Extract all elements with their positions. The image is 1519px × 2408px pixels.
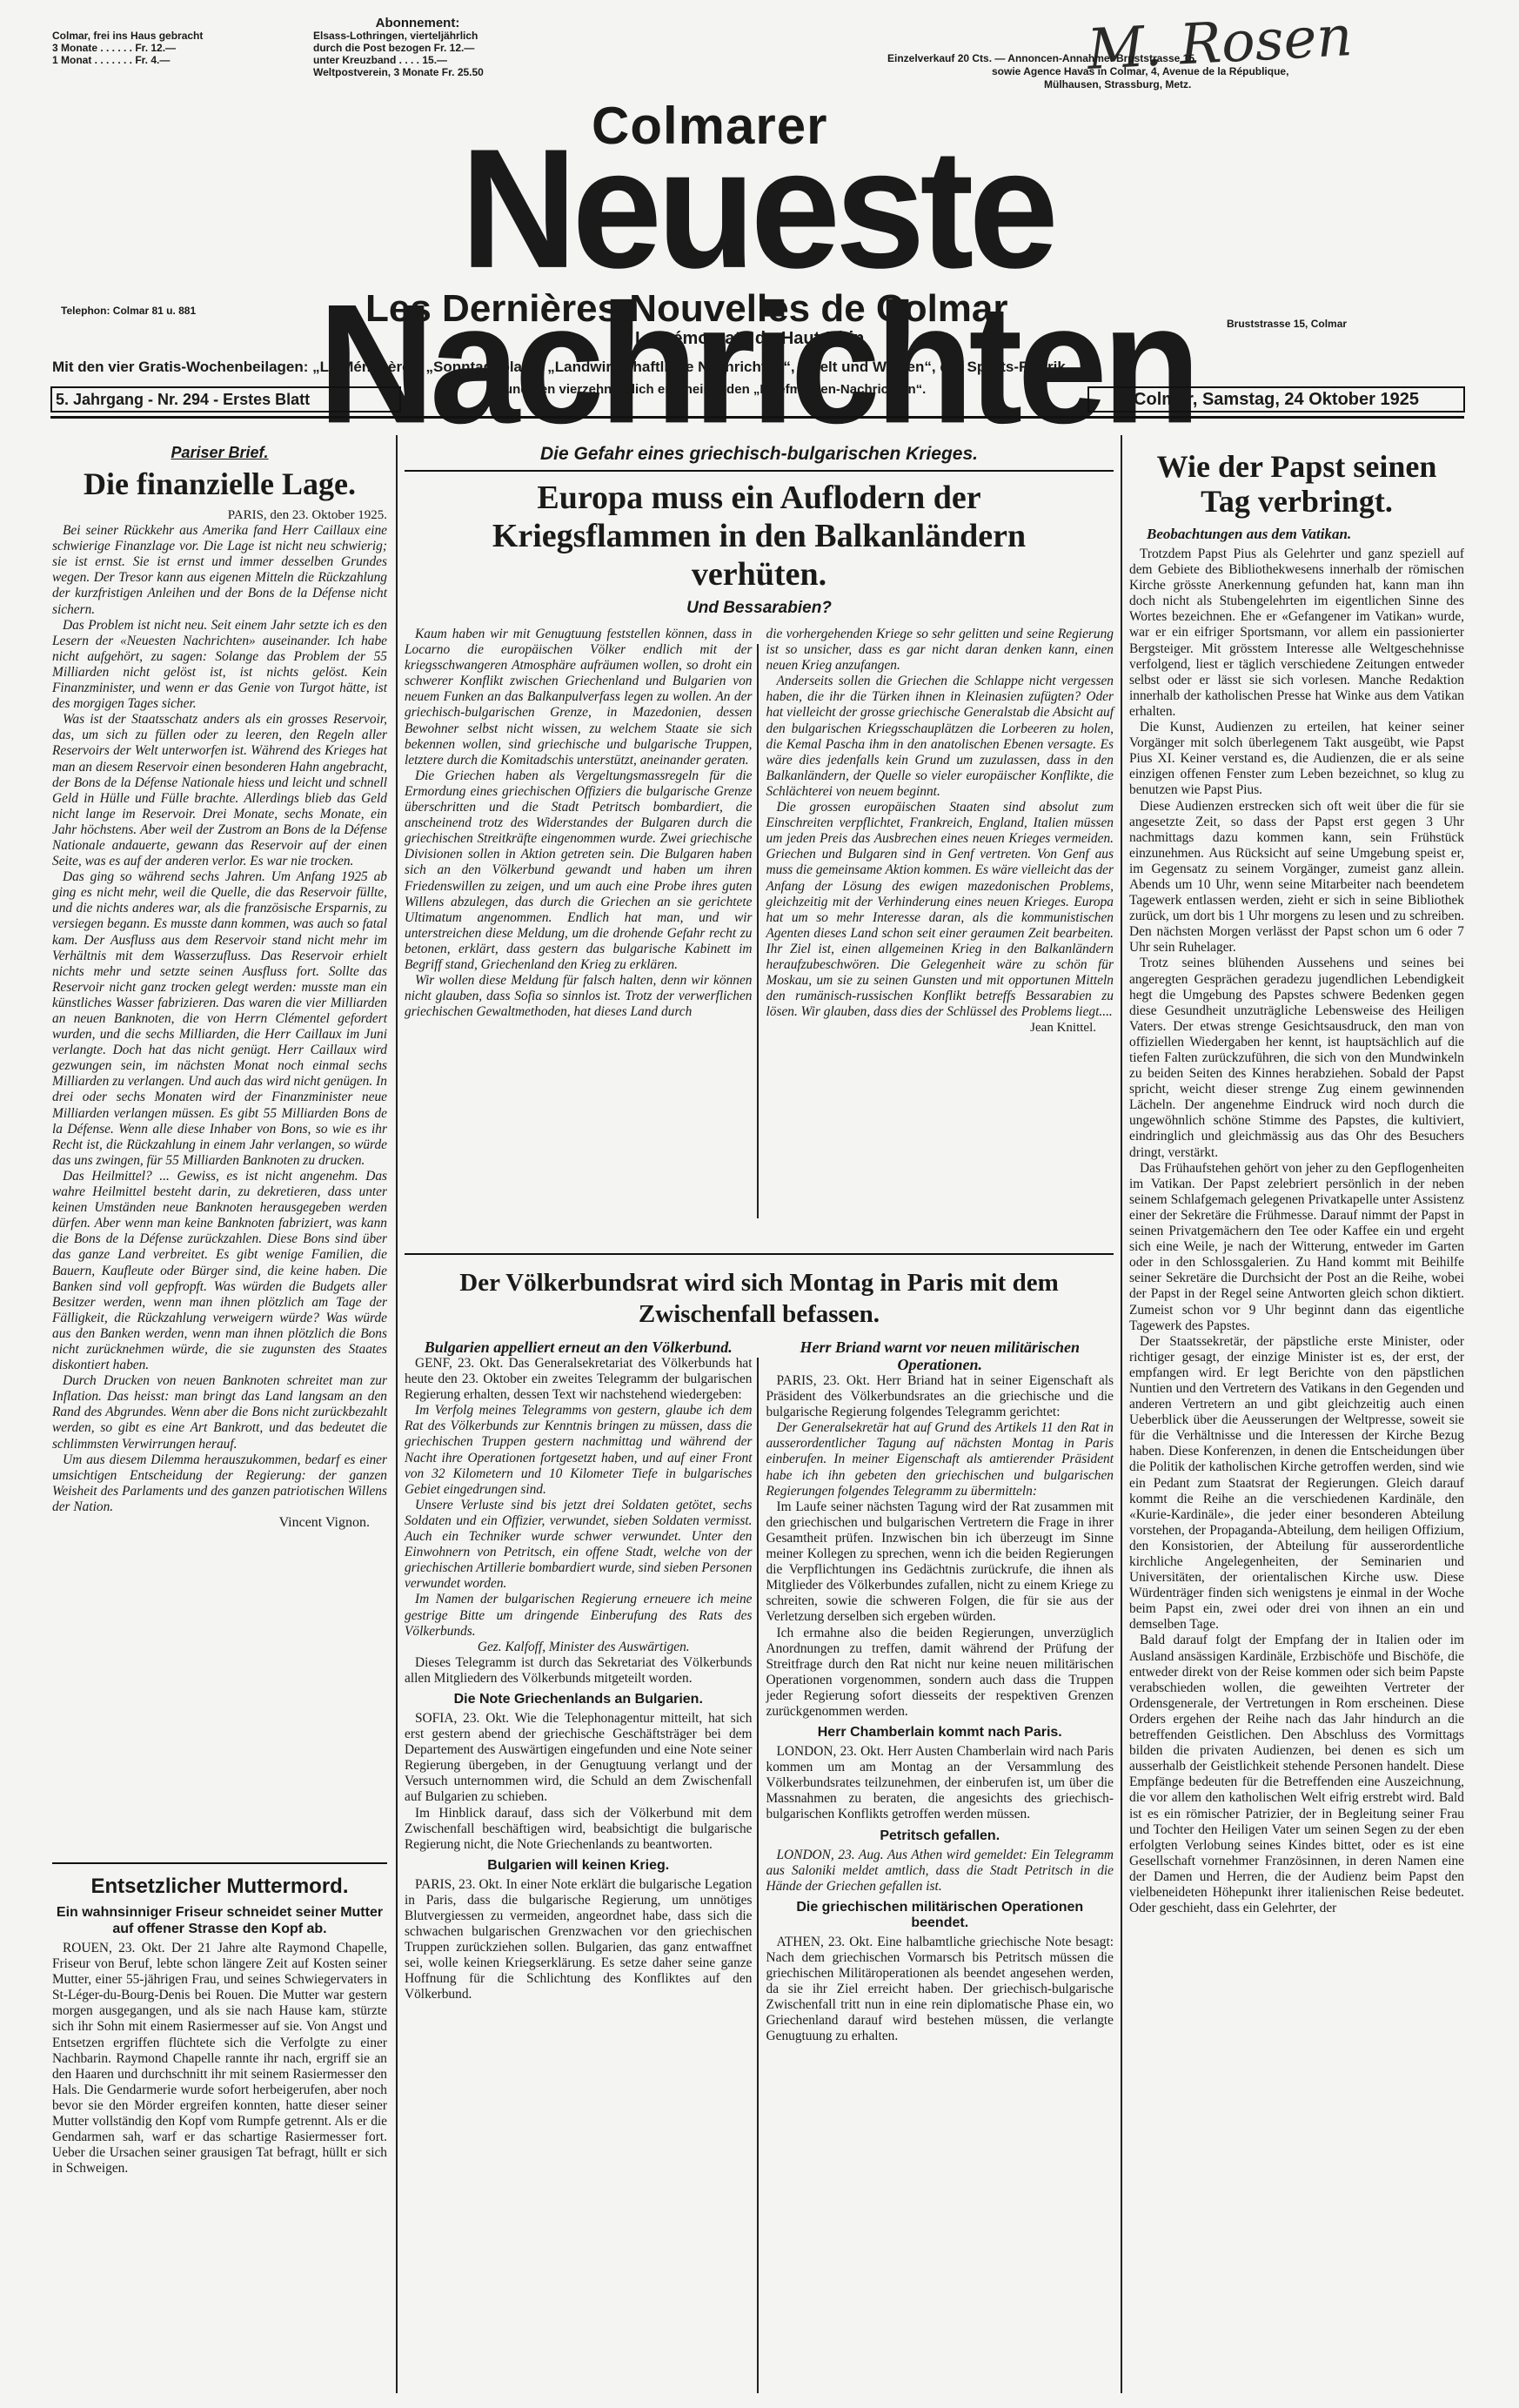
subheadline: Bulgarien appelliert erneut an den Völke…: [405, 1338, 753, 1356]
author-signature: Jean Knittel.: [766, 1020, 1114, 1036]
balkan-left-column: Kaum haben wir mit Genugtuung feststelle…: [405, 627, 753, 1036]
kicker: Pariser Brief.: [52, 444, 387, 462]
subheadline: Beobachtungen aus dem Vatikan.: [1129, 526, 1464, 543]
voelkerbund-left-column: Bulgarien appelliert erneut an den Völke…: [405, 1338, 753, 2044]
headline: Der Völkerbundsrat wird sich Montag in P…: [422, 1267, 1096, 1330]
subheadline: Herr Briand warnt vor neuen militärische…: [766, 1338, 1114, 1373]
author-signature: Vincent Vignon.: [52, 1515, 387, 1531]
headline: Die finanzielle Lage.: [52, 466, 387, 502]
subscription-left: Colmar, frei ins Haus gebracht 3 Monate …: [52, 30, 296, 78]
balkan-right-column: die vorhergehenden Kriege so sehr gelitt…: [766, 627, 1114, 1036]
telephone-number: Telephon: Colmar 81 u. 881: [61, 305, 196, 317]
subtitle: Le Démocrate du Haut-Rhin: [635, 329, 864, 349]
subscription-right: Elsass-Lothringen, vierteljährlich durch…: [313, 30, 557, 78]
issue-number: 5. Jahrgang - Nr. 294 - Erstes Blatt: [50, 386, 401, 413]
section-title: Bulgarien will keinen Krieg.: [405, 1858, 753, 1874]
french-title: Les Dernières Nouvelles de Colmar: [365, 287, 1008, 331]
column-rule: [1121, 435, 1122, 2393]
article-papst: Wie der Papst seinen Tag verbringt. Beob…: [1129, 444, 1464, 1916]
section-title: Die Note Griechenlands an Bulgarien.: [405, 1692, 753, 1707]
headline: Wie der Papst seinen Tag verbringt.: [1129, 449, 1464, 519]
advertising-info: Einzelverkauf 20 Cts. — Annoncen-Annahme…: [887, 52, 1462, 91]
section-title: Die griechischen militärischen Operation…: [766, 1900, 1114, 1931]
article-pariser-brief: Pariser Brief. Die finanzielle Lage. PAR…: [52, 444, 387, 1531]
article-voelkerbund: Der Völkerbundsrat wird sich Montag in P…: [405, 1253, 1114, 2044]
kicker: Die Gefahr eines griechisch-bulgarischen…: [405, 444, 1114, 465]
section-title: Herr Chamberlain kommt nach Paris.: [766, 1725, 1114, 1741]
dateline: PARIS, den 23. Oktober 1925.: [52, 507, 387, 523]
subheadline: Und Bessarabien?: [405, 599, 1114, 618]
voelkerbund-right-column: Herr Briand warnt vor neuen militärische…: [766, 1338, 1114, 2044]
subheadline: Ein wahnsinniger Friseur schneidet seine…: [52, 1904, 387, 1937]
headline: Entsetzlicher Muttermord.: [52, 1875, 387, 1899]
article-balkan: Die Gefahr eines griechisch-bulgarischen…: [405, 444, 1114, 1036]
newspaper-page: M. Rosen Abonnement: Colmar, frei ins Ha…: [0, 0, 1519, 2408]
column-rule: [396, 435, 398, 2393]
headline: Europa muss ein Auflodern der Kriegsflam…: [439, 479, 1079, 594]
subscription-box: Abonnement: Colmar, frei ins Haus gebrac…: [52, 17, 557, 78]
address: Bruststrasse 15, Colmar: [1227, 318, 1347, 330]
article-muttermord: Entsetzlicher Muttermord. Ein wahnsinnig…: [52, 1862, 387, 2177]
masthead-rule: [50, 416, 1464, 419]
supplements-line: Mit den vier Gratis-Wochenbeilagen: „La …: [52, 357, 1462, 378]
issue-date: Colmar, Samstag, 24 Oktober 1925: [1087, 386, 1465, 413]
section-title: Petritsch gefallen.: [766, 1828, 1114, 1844]
subscription-title: Abonnement:: [278, 17, 557, 30]
